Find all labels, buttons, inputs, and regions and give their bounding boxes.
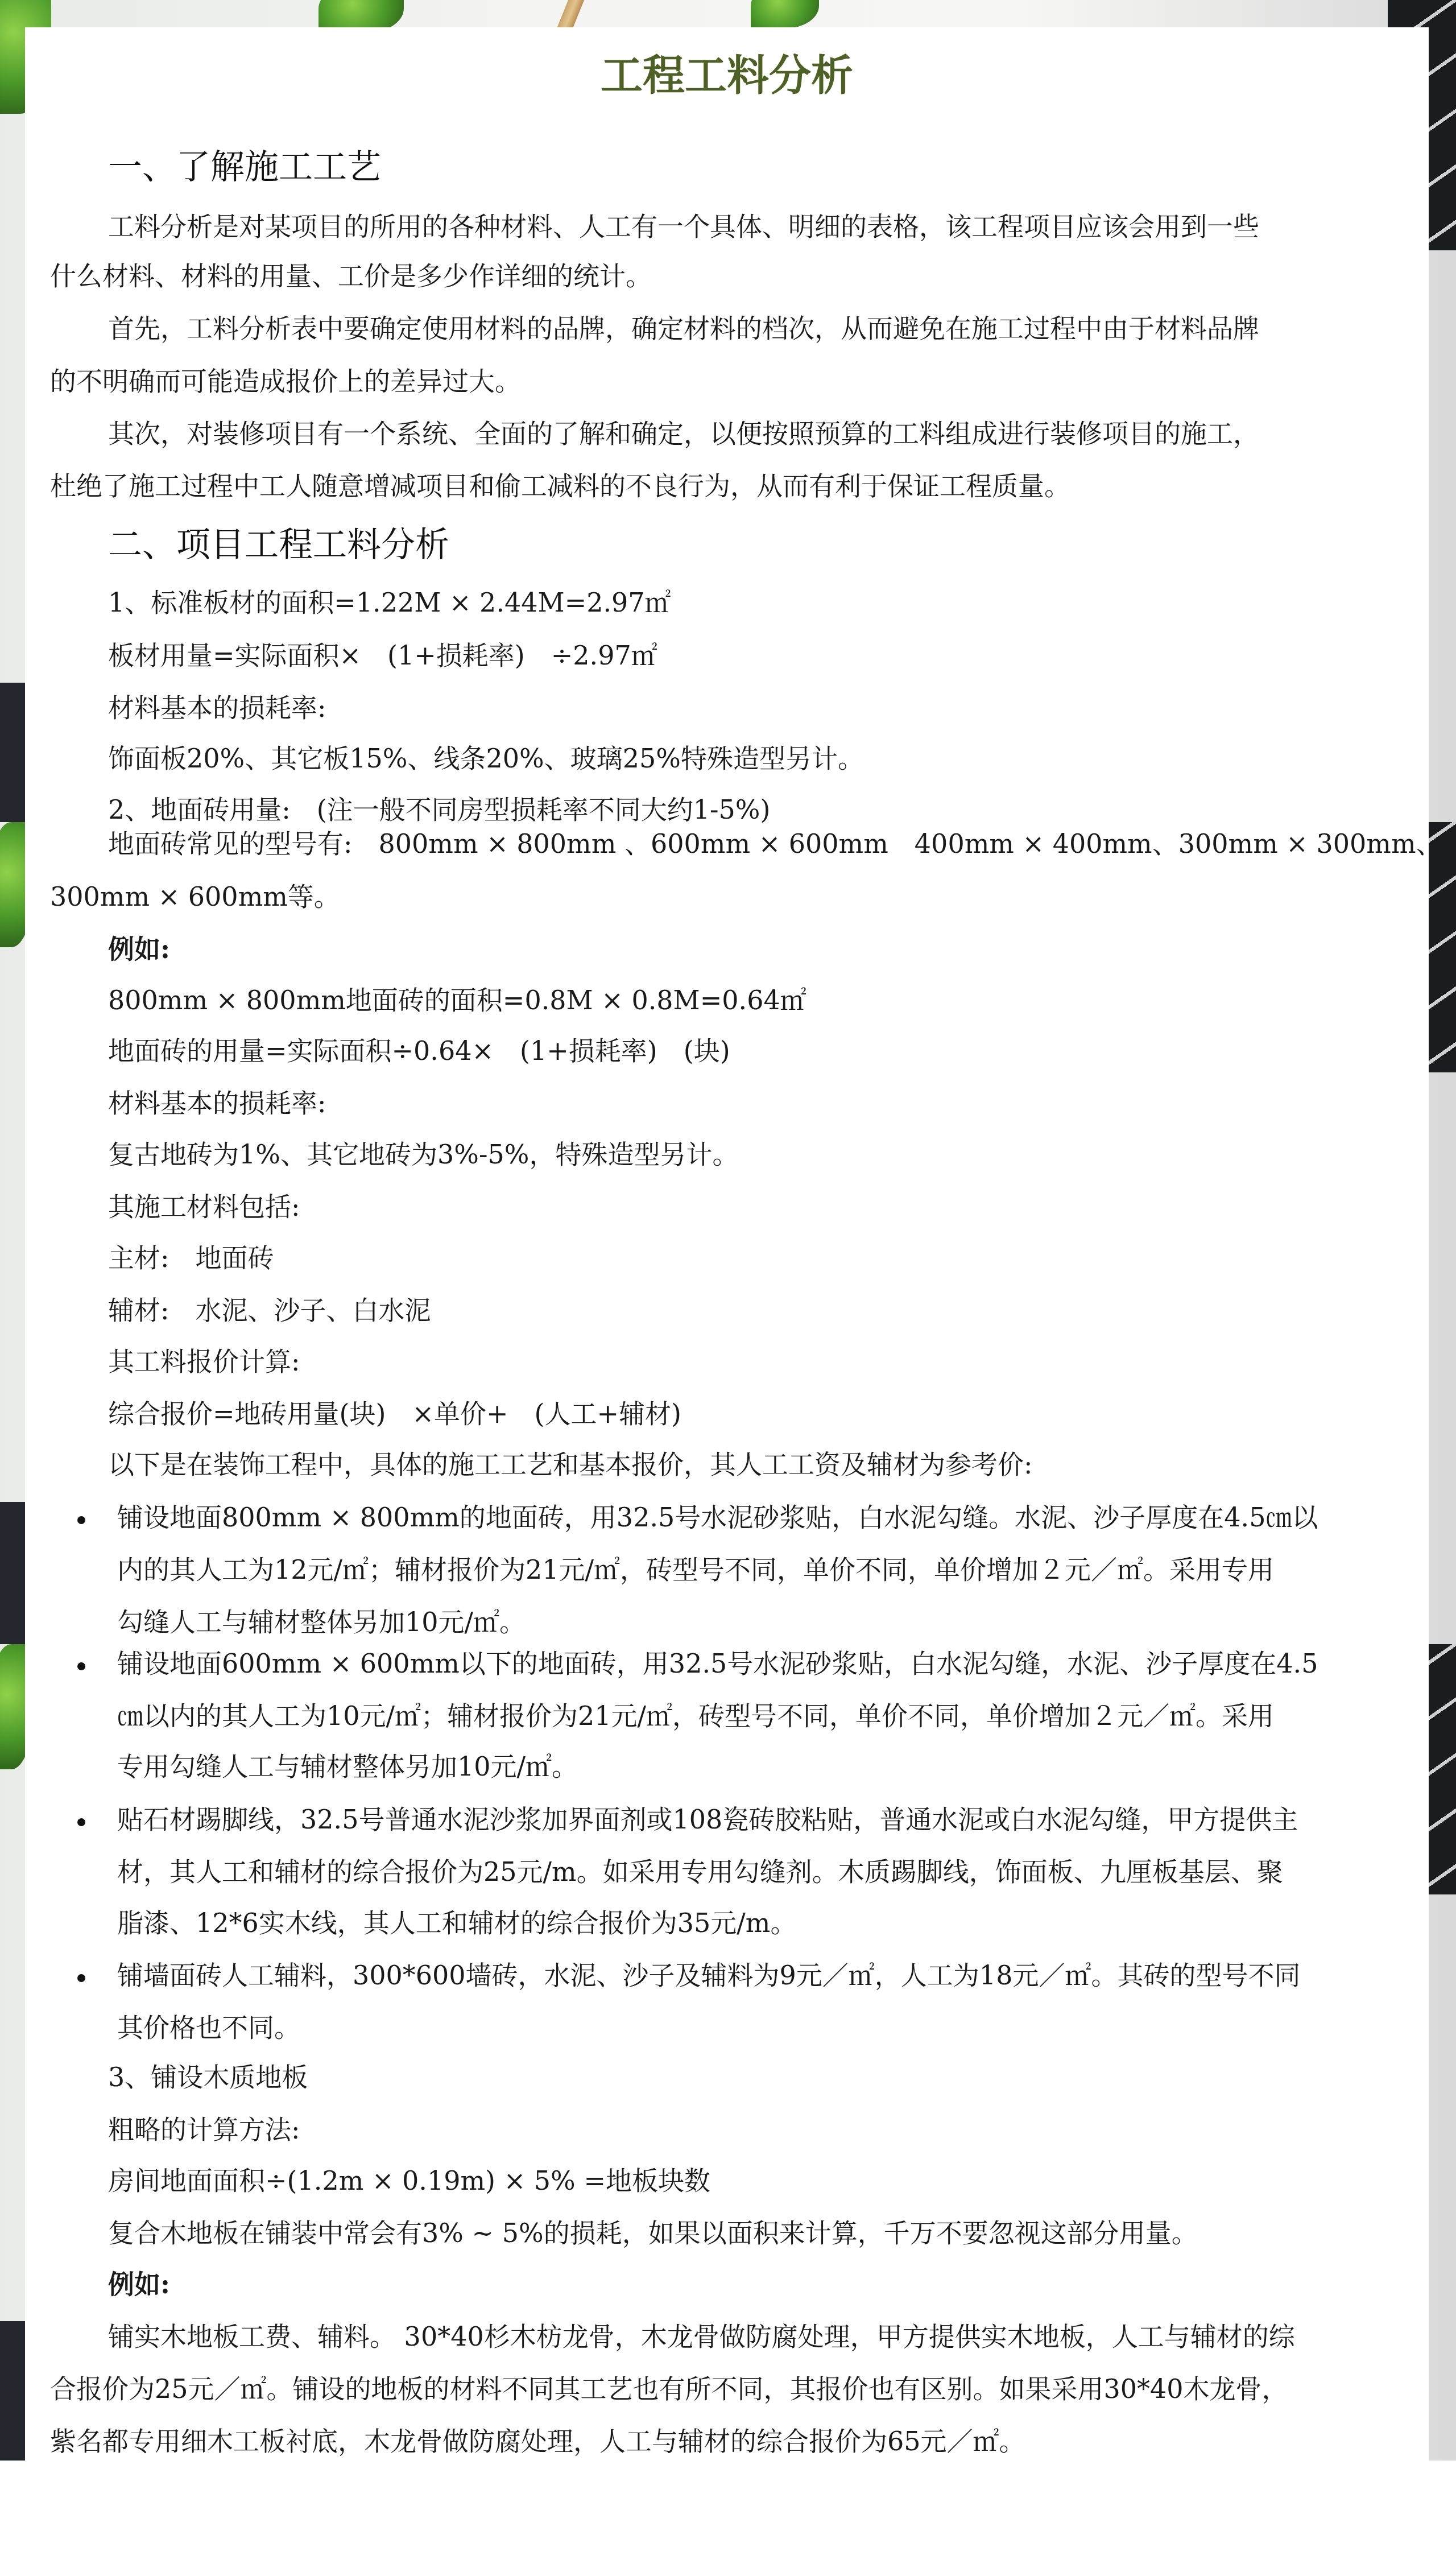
section-heading-1: 一、了解施工工艺 [108,147,381,188]
example-line: 合报价为25元／㎡。铺设的地板的材料不同其工艺也有所不同，其报价也有区别。如果采… [50,2373,1288,2405]
paragraph-line: 工料分析是对某项目的所用的各种材料、人工有一个具体、明细的表格，该工程项目应该会… [108,210,1259,242]
item3-line: 房间地面面积÷(1.2m × 0.19m) × 5% =地板块数 [108,2165,710,2197]
bullet-icon [77,1662,85,1670]
section-heading-2: 二、项目工程工料分析 [108,525,449,565]
bullet-line: 贴石材踢脚线，32.5号普通水泥沙浆加界面剂或108瓷砖胶粘贴，普通水泥或白水泥… [117,1803,1298,1835]
item1-line: 1、标准板材的面积=1.22M × 2.44M=2.97㎡ [108,587,671,618]
example-line: 辅材: 水泥、沙子、白水泥 [108,1294,431,1326]
paragraph-line: 什么材料、材料的用量、工价是多少作详细的统计。 [50,260,652,292]
item3-line: 粗略的计算方法: [108,2113,300,2145]
bullet-icon [77,1974,85,1982]
item3-line: 复合木地板在铺装中常会有3% ~ 5%的损耗，如果以面积来计算，千万不要忽视这部… [108,2217,1198,2249]
example-line: 主材: 地面砖 [108,1242,274,1274]
bullet-line: 铺设地面600mm × 600mm以下的地面砖，用32.5号水泥砂浆贴，白水泥勾… [117,1648,1318,1679]
bullet-line: 勾缝人工与辅材整体另加10元/㎡。 [117,1606,526,1638]
bullet-line: 铺墙面砖人工辅料，300*600墙砖，水泥、沙子及辅料为9元／㎡，人工为18元／… [117,1959,1300,1991]
item2-line: 300mm × 600mm等。 [50,881,340,913]
bullet-line: 内的其人工为12元/㎡；辅材报价为21元/㎡，砖型号不同，单价不同，单价增加２元… [117,1554,1274,1586]
bullet-line: 铺设地面800mm × 800mm的地面砖，用32.5号水泥砂浆贴，白水泥勾缝。… [117,1501,1318,1533]
example-label: 例如: [108,933,170,965]
paragraph-line: 首先，工料分析表中要确定使用材料的品牌，确定材料的档次，从而避免在施工过程中由于… [108,312,1259,344]
bullet-line: ㎝以内的其人工为10元/㎡；辅材报价为21元/㎡，砖型号不同，单价不同，单价增加… [117,1700,1274,1732]
item3-line: 3、铺设木质地板 [108,2061,308,2093]
example-line: 综合报价=地砖用量(块) ×单价+ (人工+辅材) [108,1398,681,1430]
example-line: 紫名都专用细木工板衬底，木龙骨做防腐处理，人工与辅材的综合报价为65元／㎡。 [50,2425,1025,2457]
bullet-line: 材，其人工和辅材的综合报价为25元/m。如采用专用勾缝剂。木质踢脚线，饰面板、九… [117,1856,1283,1888]
example-line: 材料基本的损耗率: [108,1087,326,1119]
item2-line: 地面砖常见的型号有: 800mm × 800mm 、600mm × 600mm … [108,828,1442,860]
example-line: 其工料报价计算: [108,1345,300,1377]
item2-line: 2、地面砖用量: (注一般不同房型损耗率不同大约1-5%) [108,794,770,825]
example-line: 铺实木地板工费、辅料。 30*40杉木枋龙骨，木龙骨做防腐处理，甲方提供实木地板… [108,2321,1295,2352]
example-line: 复古地砖为1%、其它地砖为3%-5%，特殊造型另计。 [108,1138,738,1170]
paragraph-line: 的不明确而可能造成报价上的差异过大。 [50,365,521,397]
paragraph-line: 其次，对装修项目有一个系统、全面的了解和确定，以便按照预算的工料组成进行装修项目… [108,418,1259,449]
item1-line: 饰面板20%、其它板15%、线条20%、玻璃25%特殊造型另计。 [108,742,864,774]
document-card: 工程工料分析 一、了解施工工艺 工料分析是对某项目的所用的各种材料、人工有一个具… [25,27,1429,2461]
bullet-icon [77,1818,85,1826]
paragraph-line: 杜绝了施工过程中工人随意增减项目和偷工减料的不良行为，从而有利于保证工程质量。 [50,470,1070,502]
item1-line: 材料基本的损耗率: [108,692,326,724]
bullet-line: 其价格也不同。 [117,2012,300,2044]
bullet-icon [77,1516,85,1524]
example-line: 以下是在装饰工程中，具体的施工工艺和基本报价，其人工工资及辅材为参考价: [108,1448,1033,1480]
page-title: 工程工料分析 [25,50,1429,101]
example-line: 800mm × 800mm地面砖的面积=0.8M × 0.8M=0.64㎡ [108,984,806,1016]
bullet-line: 脂漆、12*6实木线，其人工和辅材的综合报价为35元/m。 [117,1907,796,1939]
example-label: 例如: [108,2268,170,2300]
item1-line: 板材用量=实际面积× (1+损耗率) ÷2.97㎡ [108,639,657,671]
bullet-line: 专用勾缝人工与辅材整体另加10元/㎡。 [117,1751,578,1782]
example-line: 其施工材料包括: [108,1191,300,1223]
example-line: 地面砖的用量=实际面积÷0.64× (1+损耗率) (块) [108,1035,730,1067]
